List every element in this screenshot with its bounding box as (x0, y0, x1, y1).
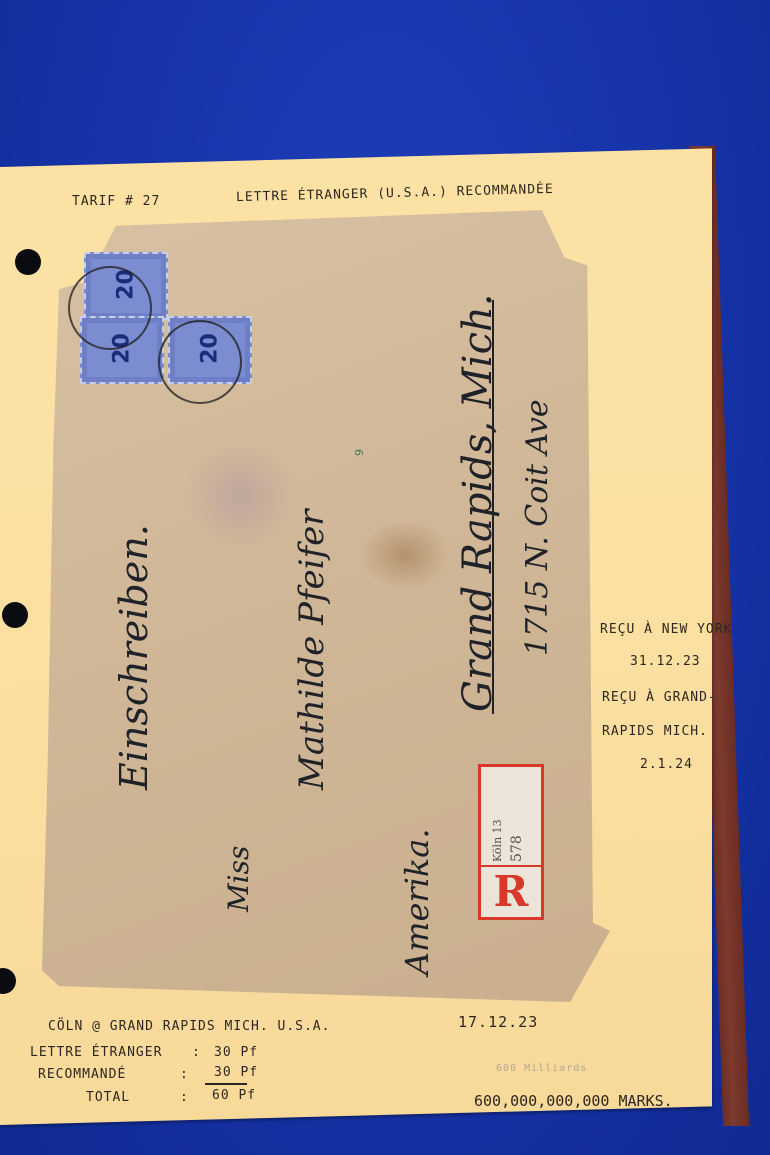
punch-hole (15, 249, 41, 275)
registration-instruction: Einschreiben. (112, 524, 156, 790)
registration-number: 578 (509, 835, 525, 862)
rate-separator: : (192, 1045, 201, 1060)
tariff-label: TARIF # 27 (72, 194, 160, 209)
address-country: Amerika. (398, 828, 436, 975)
rate-separator: : (180, 1090, 189, 1105)
marks-total: 600,000,000,000 MARKS. (474, 1092, 673, 1110)
addressee-title: Miss (222, 846, 255, 912)
receipt-grand-rapids-line1: REÇU À GRAND- (602, 690, 717, 705)
rate-label-letter: LETTRE ÉTRANGER (30, 1045, 162, 1060)
faint-postmark (185, 440, 295, 550)
addressee-name: Mathilde Pfeifer (292, 510, 332, 791)
pencil-mark: 9 (353, 449, 366, 456)
stain-mark (360, 520, 450, 590)
rate-label-total: TOTAL (86, 1090, 130, 1105)
postmark-cancel (158, 320, 242, 404)
address-city: Grand Rapids, Mich. (455, 294, 501, 712)
registration-label: Köln 13 578 R (478, 764, 544, 920)
receipt-grand-rapids-line2: RAPIDS MICH. (602, 724, 708, 739)
city-underline (492, 300, 494, 714)
punch-hole (2, 602, 28, 628)
route-label: CÖLN @ GRAND RAPIDS MICH. U.S.A. (48, 1019, 330, 1034)
rate-value-registered: 30 Pf (214, 1065, 258, 1080)
address-street: 1715 N. Coit Ave (520, 399, 555, 656)
receipt-date-grand-rapids: 2.1.24 (640, 757, 693, 772)
receipt-new-york: REÇU À NEW YORK (600, 622, 732, 637)
receipt-date-new-york: 31.12.23 (630, 654, 701, 669)
posting-date: 17.12.23 (458, 1013, 538, 1031)
rate-value-total: 60 Pf (212, 1088, 256, 1103)
registration-letter: R (481, 865, 541, 917)
pencil-note: 600 Milliards (496, 1063, 587, 1074)
sum-line (205, 1083, 247, 1085)
rate-separator: : (180, 1067, 189, 1082)
postmark-cancel (68, 266, 152, 350)
rate-value-letter: 30 Pf (214, 1045, 258, 1060)
rate-label-registered: RECOMMANDÉ (38, 1067, 126, 1082)
registration-office: Köln 13 (491, 819, 504, 862)
